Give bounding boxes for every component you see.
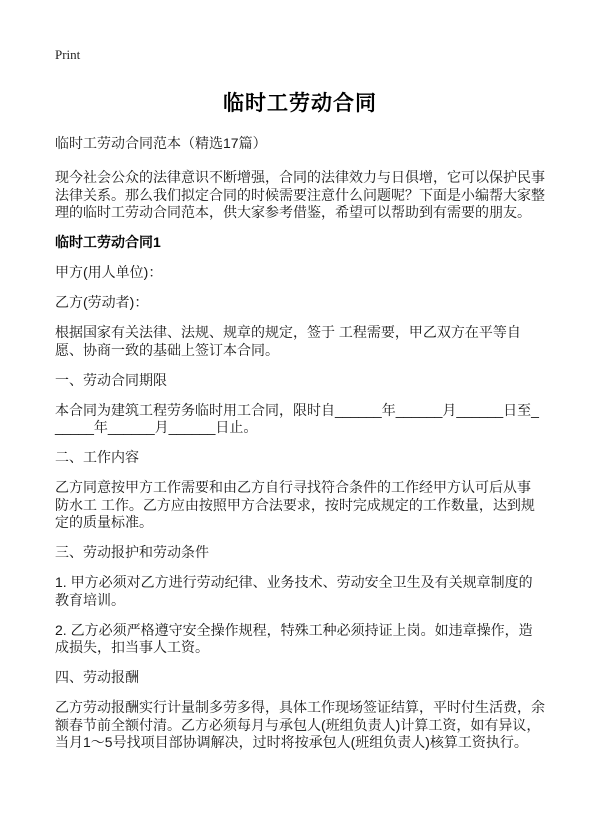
document-subtitle: 临时工劳动合同范本（精选17篇） [55,135,545,152]
print-link[interactable]: Print [55,47,80,62]
clause-heading: 二、工作内容 [55,449,545,467]
clause-paragraph: 本合同为建筑工程劳务临时用工合同，限时自______年______月______… [55,402,545,437]
document-title: 临时工劳动合同 [55,92,545,115]
basis-paragraph: 根据国家有关法律、法规、规章的规定，签于 工程需要，甲乙双方在平等自愿、协商一致… [55,324,545,359]
clause-section-3: 三、劳动报护和劳动条件 1. 甲方必须对乙方进行劳动纪律、业务技术、劳动安全卫生… [55,544,545,657]
intro-paragraph: 现今社会公众的法律意识不断增强，合同的法律效力与日俱增，它可以保护民事法律关系。… [55,169,545,222]
clause-section-1: 一、劳动合同期限 本合同为建筑工程劳务临时用工合同，限时自______年____… [55,372,545,437]
document-page: Print 临时工劳动合同 临时工劳动合同范本（精选17篇） 现今社会公众的法律… [0,0,600,828]
clause-heading: 三、劳动报护和劳动条件 [55,544,545,562]
clause-paragraph: 2. 乙方必须严格遵守安全操作规程，特殊工种必须持证上岗。如违章操作，造成损失，… [55,622,545,657]
clause-section-4: 四、劳动报酬 乙方劳动报酬实行计量制多劳多得，具体工作现场签证结算，平时付生活费… [55,669,545,752]
clause-paragraph: 1. 甲方必须对乙方进行劳动纪律、业务技术、劳动安全卫生及有关规章制度的教育培训… [55,574,545,609]
party-a-line: 甲方(用人单位)： [55,264,545,282]
clause-paragraph: 乙方同意按甲方工作需要和由乙方自行寻找符合条件的工作经甲方认可后从事 防水工 工… [55,479,545,532]
clause-paragraph: 乙方劳动报酬实行计量制多劳多得，具体工作现场签证结算，平时付生活费，余额春节前全… [55,699,545,752]
clause-section-2: 二、工作内容 乙方同意按甲方工作需要和由乙方自行寻找符合条件的工作经甲方认可后从… [55,449,545,532]
clause-heading: 一、劳动合同期限 [55,372,545,390]
contract-section-heading: 临时工劳动合同1 [55,234,545,252]
party-b-line: 乙方(劳动者)： [55,294,545,312]
clause-heading: 四、劳动报酬 [55,669,545,687]
